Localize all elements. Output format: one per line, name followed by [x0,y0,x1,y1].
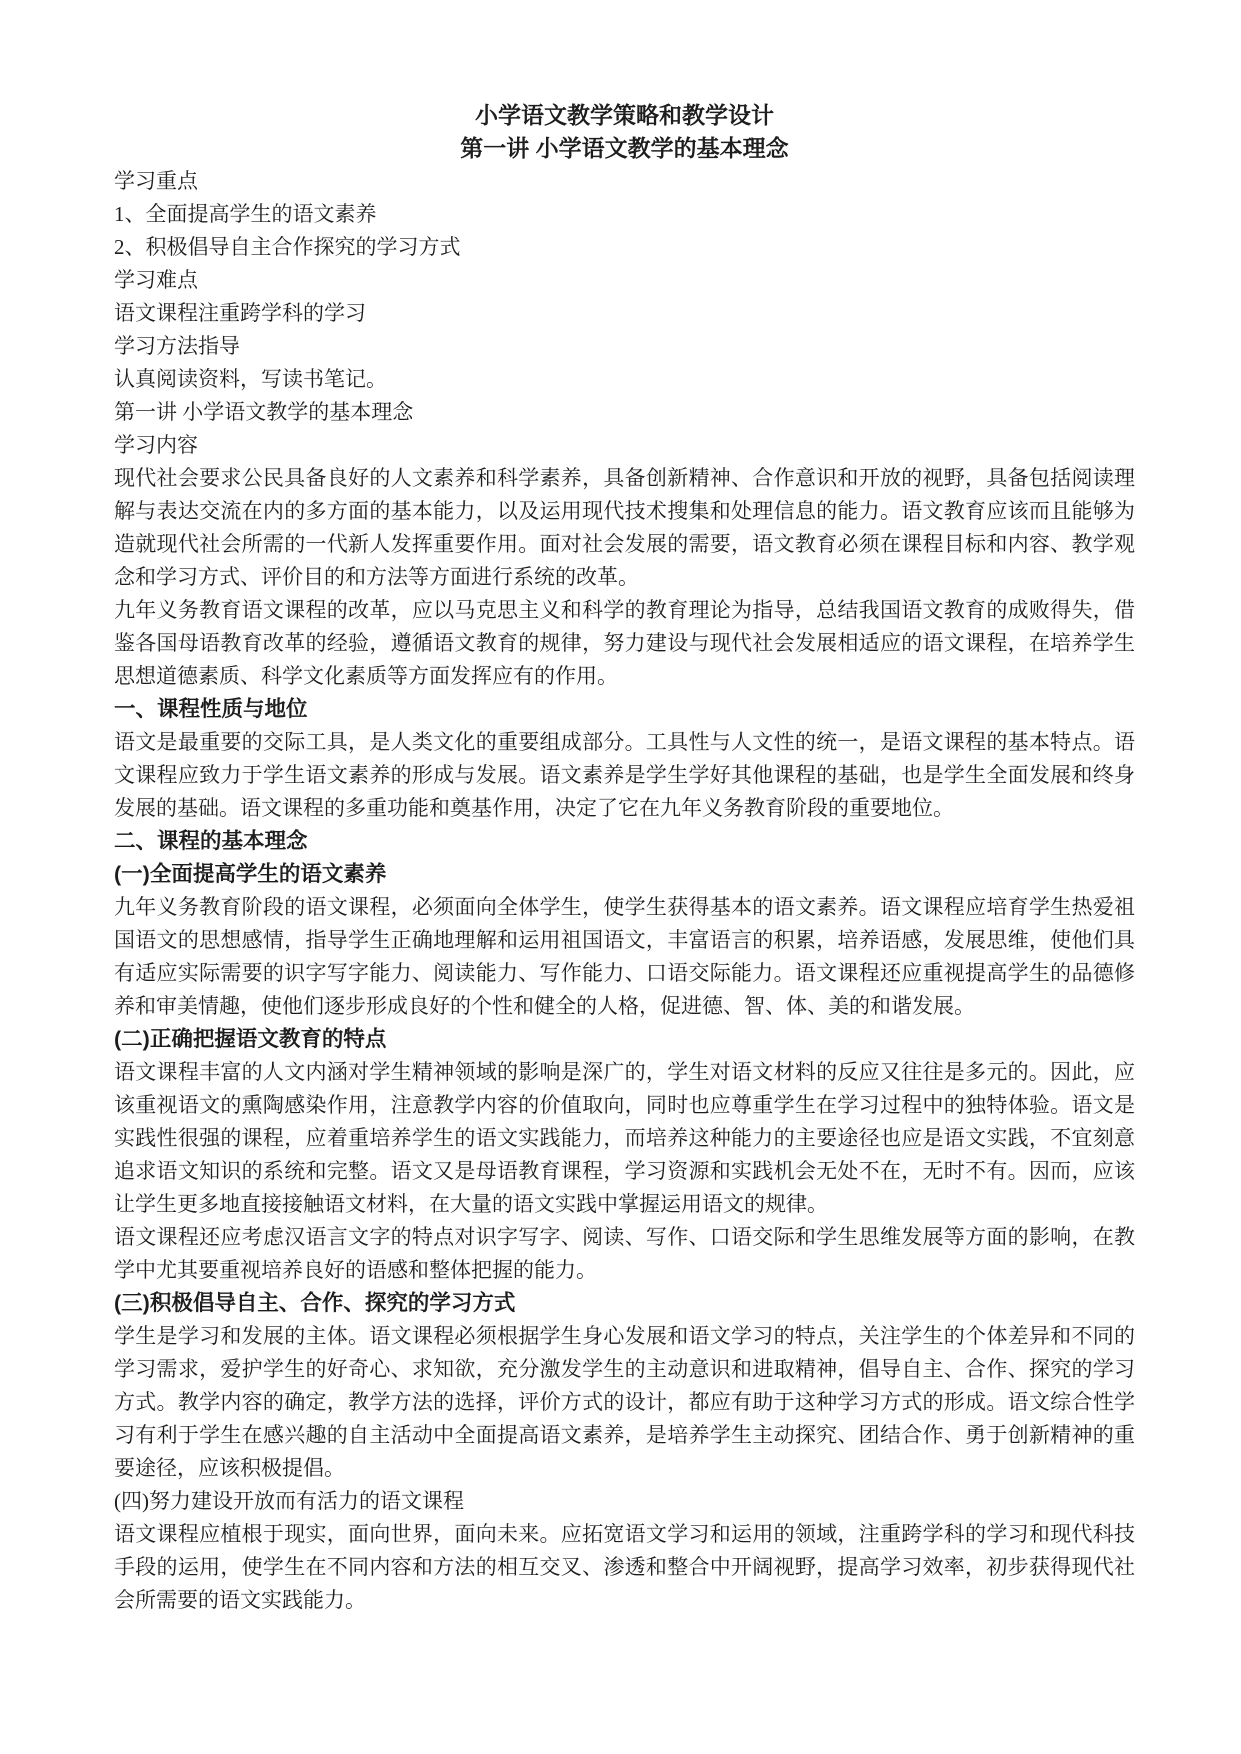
section-heading: 二、课程的基本理念 [114,825,1135,858]
doc-paragraph: 九年义务教育语文课程的改革，应以马克思主义和科学的教育理论为指导，总结我国语文教… [114,594,1135,693]
doc-paragraph: 语文是最重要的交际工具，是人类文化的重要组成部分。工具性与人文性的统一，是语文课… [114,726,1135,825]
doc-line: 学习方法指导 [114,330,1135,363]
page-subtitle: 第一讲 小学语文教学的基本理念 [114,132,1135,165]
doc-paragraph: 九年义务教育阶段的语文课程，必须面向全体学生，使学生获得基本的语文素养。语文课程… [114,891,1135,1023]
doc-line: 学习内容 [114,429,1135,462]
doc-paragraph: 语文课程还应考虑汉语言文字的特点对识字写字、阅读、写作、口语交际和学生思维发展等… [114,1221,1135,1287]
doc-paragraph: 语文课程应植根于现实，面向世界，面向未来。应拓宽语文学习和运用的领域，注重跨学科… [114,1518,1135,1617]
doc-paragraph: 现代社会要求公民具备良好的人文素养和科学素养，具备创新精神、合作意识和开放的视野… [114,462,1135,594]
page-title: 小学语文教学策略和教学设计 [114,99,1135,132]
subsection-heading: (二)正确把握语文教育的特点 [114,1023,1135,1056]
subsection-heading-plain: (四)努力建设开放而有活力的语文课程 [114,1485,1135,1518]
doc-line: 语文课程注重跨学科的学习 [114,297,1135,330]
doc-line: 第一讲 小学语文教学的基本理念 [114,396,1135,429]
doc-list-item: 2、积极倡导自主合作探究的学习方式 [114,231,1135,264]
subsection-heading: (三)积极倡导自主、合作、探究的学习方式 [114,1287,1135,1320]
doc-line: 学习难点 [114,264,1135,297]
document-page: 小学语文教学策略和教学设计 第一讲 小学语文教学的基本理念 学习重点 1、全面提… [0,0,1241,1754]
doc-paragraph: 学生是学习和发展的主体。语文课程必须根据学生身心发展和语文学习的特点，关注学生的… [114,1320,1135,1485]
doc-line: 认真阅读资料，写读书笔记。 [114,363,1135,396]
doc-paragraph: 语文课程丰富的人文内涵对学生精神领域的影响是深广的，学生对语文材料的反应又往往是… [114,1056,1135,1221]
doc-list-item: 1、全面提高学生的语文素养 [114,198,1135,231]
subsection-heading: (一)全面提高学生的语文素养 [114,858,1135,891]
section-heading: 一、课程性质与地位 [114,693,1135,726]
doc-line: 学习重点 [114,165,1135,198]
